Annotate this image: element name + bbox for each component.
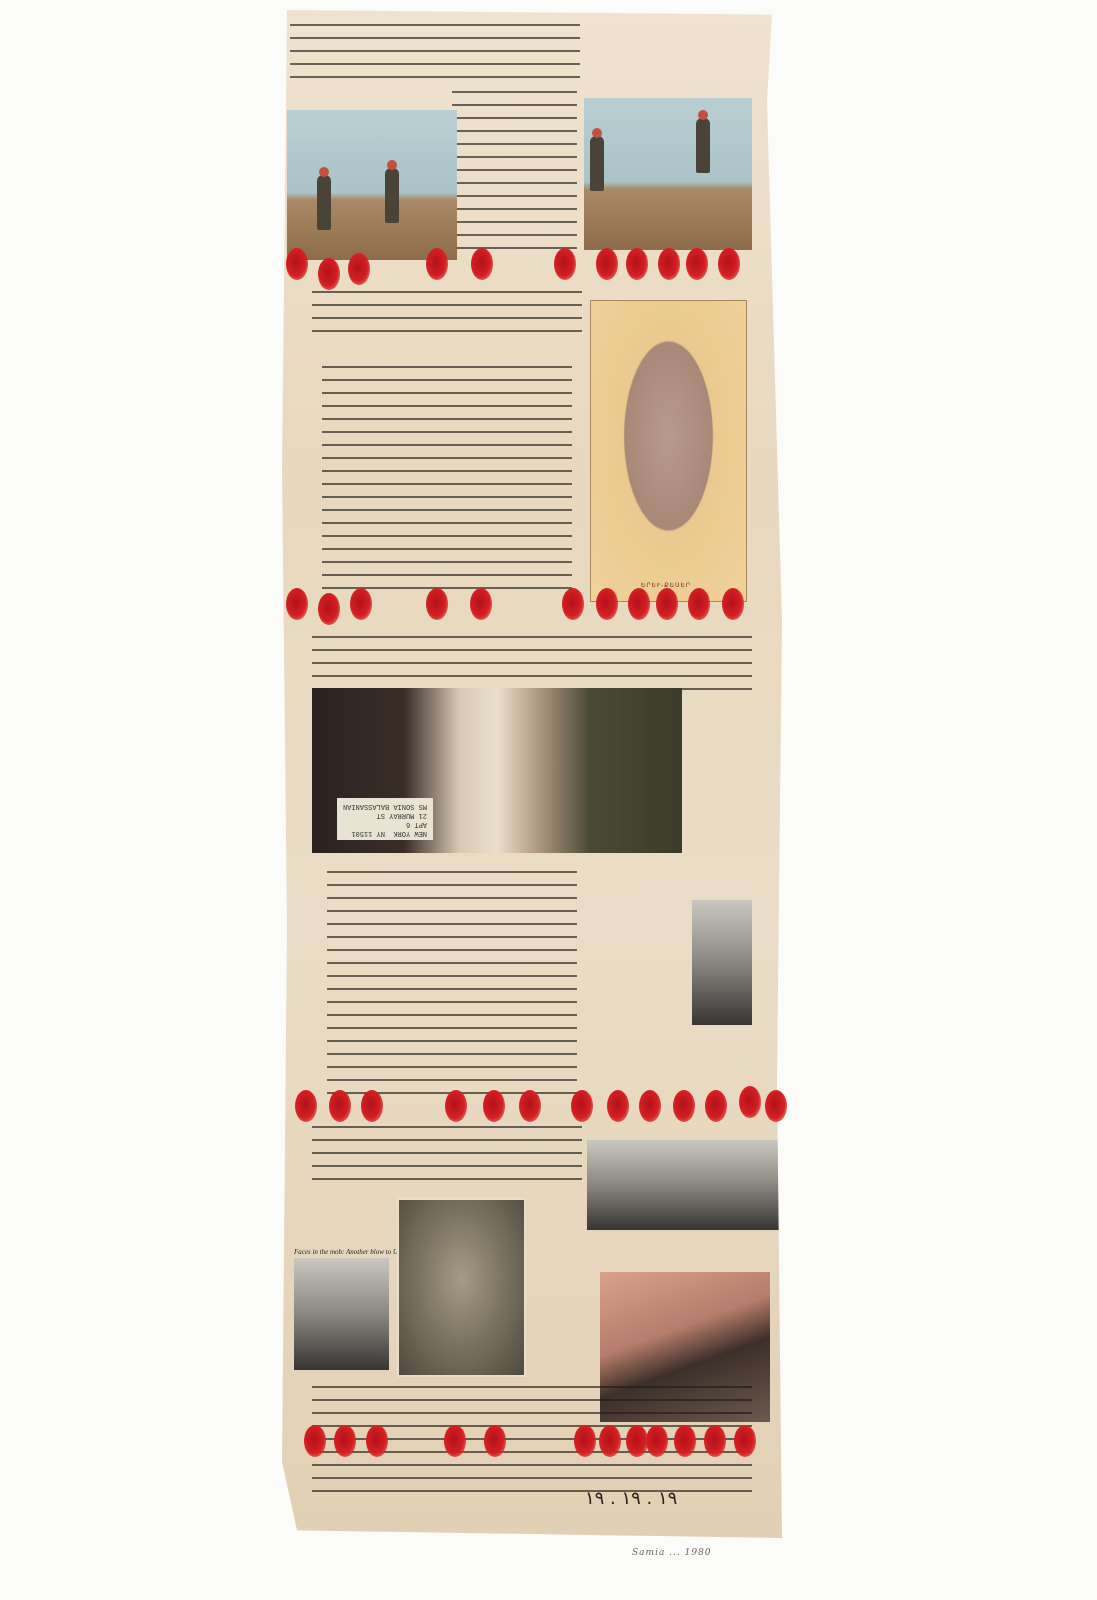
shroud-face-image [397, 1198, 526, 1377]
mailing-label: NEW YORK NY 11501 APT 6 21 MURRAY ST MS … [337, 798, 433, 840]
collage-artwork: ԵՐԵՒ-ՔԵՍԵՐ NEW YORK NY 11501 APT 6 21 MU… [282, 10, 782, 1538]
script-block-6 [312, 1120, 582, 1190]
crucifixion-manuscript: ԵՐԵՒ-ՔԵՍԵՐ [590, 300, 747, 602]
script-block-2 [312, 285, 582, 335]
script-block-5 [327, 865, 577, 1095]
soldiers-photo-left [287, 110, 457, 260]
script-block-top [290, 18, 580, 78]
soldiers-photo-right [584, 98, 752, 250]
torn-photo-fragment [692, 900, 752, 1025]
script-block-3 [322, 360, 572, 590]
script-block-4 [312, 630, 752, 690]
soldiers-newspaper-photo [587, 1140, 782, 1230]
pope-photo: NEW YORK NY 11501 APT 6 21 MURRAY ST MS … [312, 688, 682, 853]
script-block-column [452, 85, 577, 255]
artist-signature: Samia ... 1980 [632, 1548, 712, 1558]
mob-newspaper-photo [294, 1258, 389, 1370]
handwritten-date-marks: ۱۹ . ۱۹ . ۱۹ [585, 1488, 677, 1509]
